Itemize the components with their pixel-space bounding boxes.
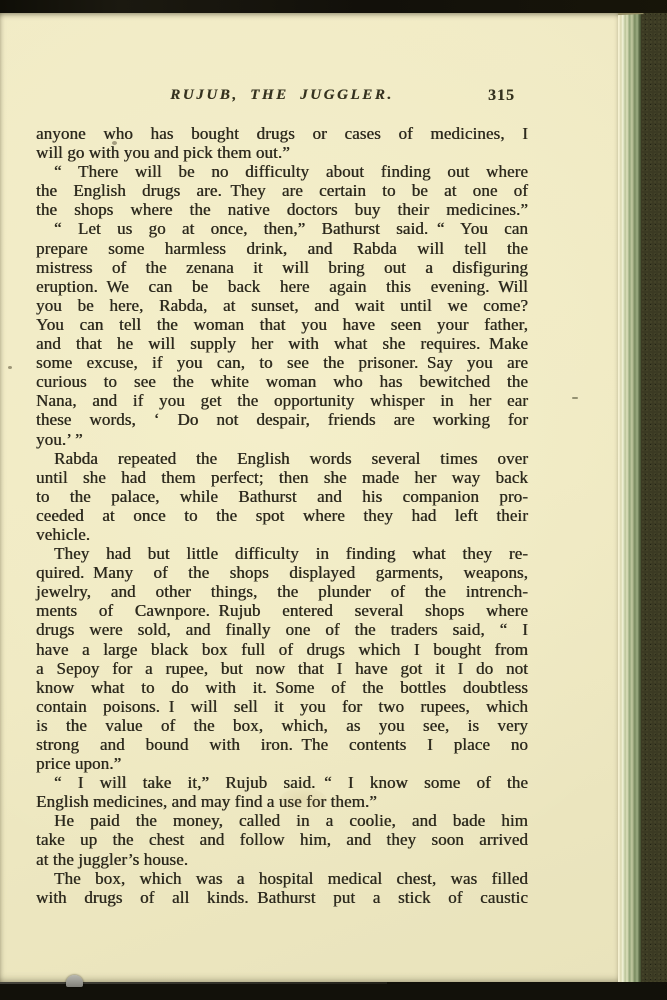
- text-line: “ Let us go at once, then,” Bathurst sai…: [36, 219, 528, 238]
- text-line: strong and bound with iron. The contents…: [36, 735, 528, 754]
- scanned-book-photo: RUJUB, THE JUGGLER. 315 anyone who has b…: [0, 0, 667, 1000]
- paragraph: anyone who has bought drugs or cases of …: [36, 124, 528, 162]
- text-line: ments of Cawnpore. Rujub entered several…: [36, 601, 528, 620]
- page-number: 315: [488, 87, 515, 105]
- text-line: quired. Many of the shops displayed garm…: [36, 563, 528, 582]
- text-line: He paid the money, called in a coolie, a…: [36, 811, 528, 830]
- page-holder-clip: [66, 975, 83, 987]
- text-line: and that he will supply her with what sh…: [36, 334, 528, 353]
- text-line: have a large black box full of drugs whi…: [36, 640, 528, 659]
- text-line: to the palace, while Bathurst and his co…: [36, 487, 528, 506]
- text-line: you.’ ”: [36, 430, 528, 449]
- text-line: Nana, and if you get the opportunity whi…: [36, 391, 528, 410]
- paper-stain: [280, 788, 326, 810]
- text-line: know what to do with it. Some of the bot…: [36, 678, 528, 697]
- text-line: price upon.”: [36, 754, 528, 773]
- text-line: these words, ‘ Do not despair, friends a…: [36, 410, 528, 429]
- paragraph: Rabda repeated the English words several…: [36, 449, 528, 544]
- page-header: RUJUB, THE JUGGLER. 315: [36, 87, 528, 107]
- paragraph: The box, which was a hospital medical ch…: [36, 869, 528, 907]
- text-line: “ There will be no difficulty about find…: [36, 162, 528, 181]
- text-line: take up the chest and follow him, and th…: [36, 830, 528, 849]
- running-header-title: RUJUB, THE JUGGLER.: [36, 87, 528, 104]
- text-line: is the value of the box, which, as you s…: [36, 716, 528, 735]
- text-line: you be here, Rabda, at sunset, and wait …: [36, 296, 528, 315]
- paragraph: They had but little difficulty in findin…: [36, 544, 528, 773]
- ink-speck: [572, 397, 578, 399]
- text-line: “ I will take it,” Rujub said. “ I know …: [36, 773, 528, 792]
- text-line: drugs were sold, and finally one of the …: [36, 620, 528, 639]
- text-block: anyone who has bought drugs or cases of …: [36, 124, 528, 907]
- book-page: RUJUB, THE JUGGLER. 315 anyone who has b…: [0, 13, 618, 982]
- paragraph: “ I will take it,” Rujub said. “ I know …: [36, 773, 528, 811]
- book-cover-top-edge: [0, 0, 667, 13]
- text-line: vehicle.: [36, 525, 528, 544]
- paragraph: “ There will be no difficulty about find…: [36, 162, 528, 219]
- text-line: ceeded at once to the spot where they ha…: [36, 506, 528, 525]
- paragraph: “ Let us go at once, then,” Bathurst sai…: [36, 219, 528, 448]
- text-line: contain poisons. I will sell it you for …: [36, 697, 528, 716]
- ink-speck: [112, 141, 117, 145]
- text-line: They had but little difficulty in findin…: [36, 544, 528, 563]
- book-cover-bottom-edge: [0, 982, 667, 1000]
- text-line: the shops where the native doctors buy t…: [36, 200, 528, 219]
- text-line: will go with you and pick them out.”: [36, 143, 528, 162]
- text-line: until she had them perfect; then she mad…: [36, 468, 528, 487]
- text-line: mistress of the zenana it will bring out…: [36, 258, 528, 277]
- text-line: jewelry, and other things, the plunder o…: [36, 582, 528, 601]
- text-line: You can tell the woman that you have see…: [36, 315, 528, 334]
- text-line: eruption. We can be back here again this…: [36, 277, 528, 296]
- text-line: prepare some harmless drink, and Rabda w…: [36, 239, 528, 258]
- text-line: at the juggler’s house.: [36, 850, 528, 869]
- text-line: some excuse, if you can, to see the pris…: [36, 353, 528, 372]
- book-cover-cloth: [641, 0, 667, 1000]
- paragraph: He paid the money, called in a coolie, a…: [36, 811, 528, 868]
- text-line: Rabda repeated the English words several…: [36, 449, 528, 468]
- ink-speck: [8, 366, 12, 369]
- text-line: The box, which was a hospital medical ch…: [36, 869, 528, 888]
- text-line: curious to see the white woman who has b…: [36, 372, 528, 391]
- page-edges-stack: [617, 9, 641, 986]
- text-line: with drugs of all kinds. Bathurst put a …: [36, 888, 528, 907]
- text-line: anyone who has bought drugs or cases of …: [36, 124, 528, 143]
- text-line: a Sepoy for a rupee, but now that I have…: [36, 659, 528, 678]
- text-line: the English drugs are. They are certain …: [36, 181, 528, 200]
